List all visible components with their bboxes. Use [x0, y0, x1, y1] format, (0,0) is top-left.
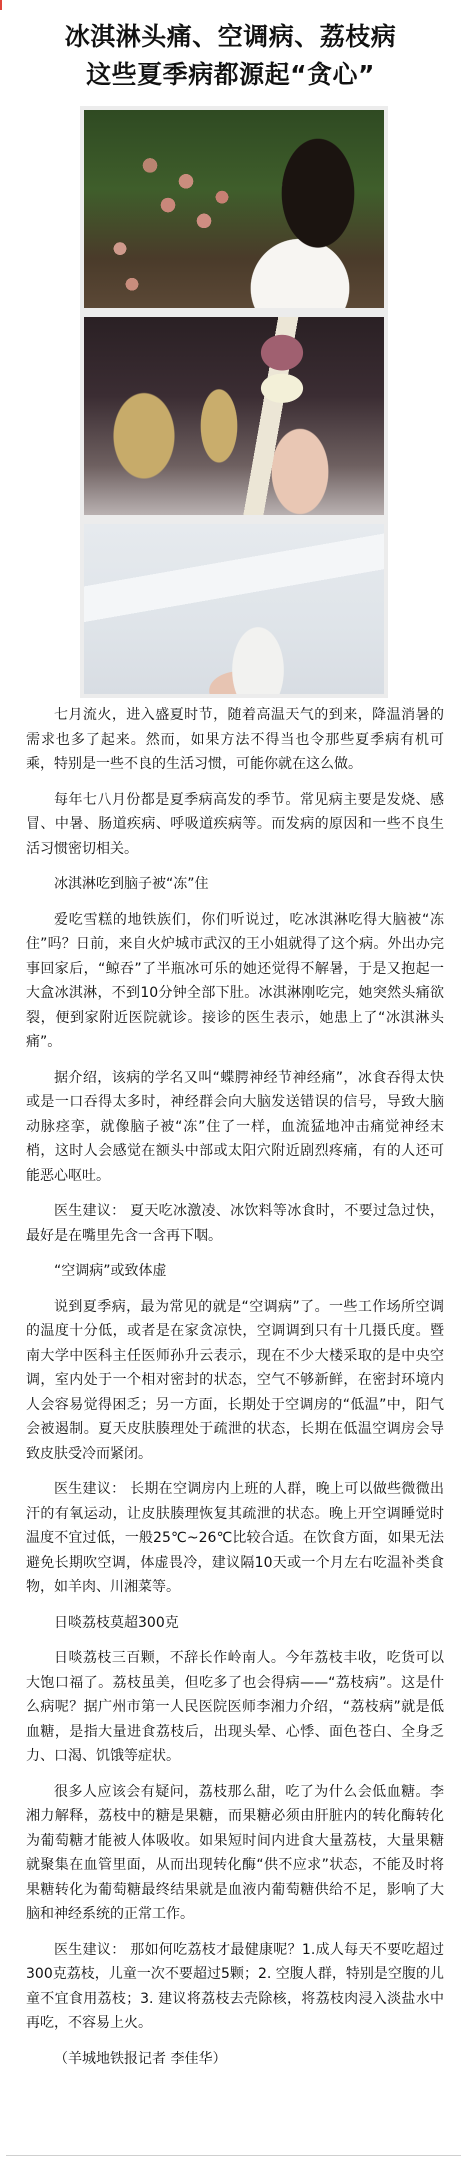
- air-conditioner-photo: [84, 524, 384, 694]
- corner-mark: [0, 0, 2, 10]
- image-gallery: [80, 106, 388, 698]
- body-paragraph: 每年七八月份都是夏季病高发的季节。常见病主要是发烧、感冒、中暑、肠道疾病、呼吸道…: [26, 788, 444, 862]
- article-title: 冰淇淋头痛、空调病、荔枝病 这些夏季病都源起“贪心”: [0, 18, 461, 94]
- section-heading-lychee: 日啖荔枝莫超300克: [26, 1611, 444, 1636]
- doctor-advice-paragraph: 医生建议： 那如何吃荔枝才最健康呢？1.成人每天不要吃超过300克荔枝，儿童一次…: [26, 1938, 444, 2036]
- footer-divider: [6, 2155, 461, 2156]
- doctor-advice-paragraph: 医生建议： 夏天吃冰激凌、冰饮料等冰食时，不要过急过快，最好是在嘴里先含一含再下…: [26, 1199, 444, 1248]
- ice-cream-photo: [84, 317, 384, 515]
- article-body: 七月流火，进入盛夏时节，随着高温天气的到来，降温消暑的需求也多了起来。然而，如果…: [26, 703, 444, 2082]
- doctor-advice-paragraph: 医生建议： 长期在空调房内上班的人群，晚上可以做些微微出汗的有氧运动，让皮肤腠理…: [26, 1477, 444, 1600]
- body-paragraph: 日啖荔枝三百颗，不辞长作岭南人。今年荔枝丰收，吃货可以大饱口福了。荔枝虽美，但吃…: [26, 1646, 444, 1769]
- lychee-photo: [84, 110, 384, 308]
- section-heading-air-conditioning: “空调病”或致体虚: [26, 1259, 444, 1284]
- section-heading-ice-cream: 冰淇淋吃到脑子被“冻”住: [26, 872, 444, 897]
- body-paragraph: 很多人应该会有疑问，荔枝那么甜，吃了为什么会低血糖。李湘力解释，荔枝中的糖是果糖…: [26, 1780, 444, 1927]
- body-paragraph: 据介绍，该病的学名又叫“蝶腭神经节神经痛”，冰食吞得太快或是一口吞得太多时，神经…: [26, 1066, 444, 1189]
- byline: （羊城地铁报记者 李佳华）: [26, 2047, 444, 2072]
- title-line-1: 冰淇淋头痛、空调病、荔枝病: [0, 18, 461, 56]
- title-line-2: 这些夏季病都源起“贪心”: [0, 56, 461, 94]
- intro-paragraph: 七月流火，进入盛夏时节，随着高温天气的到来，降温消暑的需求也多了起来。然而，如果…: [26, 703, 444, 777]
- body-paragraph: 说到夏季病，最为常见的就是“空调病”了。一些工作场所空调的温度十分低，或者是在家…: [26, 1295, 444, 1467]
- body-paragraph: 爱吃雪糕的地铁族们，你们听说过，吃冰淇淋吃得大脑被“冻住”吗？日前，来自火炉城市…: [26, 908, 444, 1055]
